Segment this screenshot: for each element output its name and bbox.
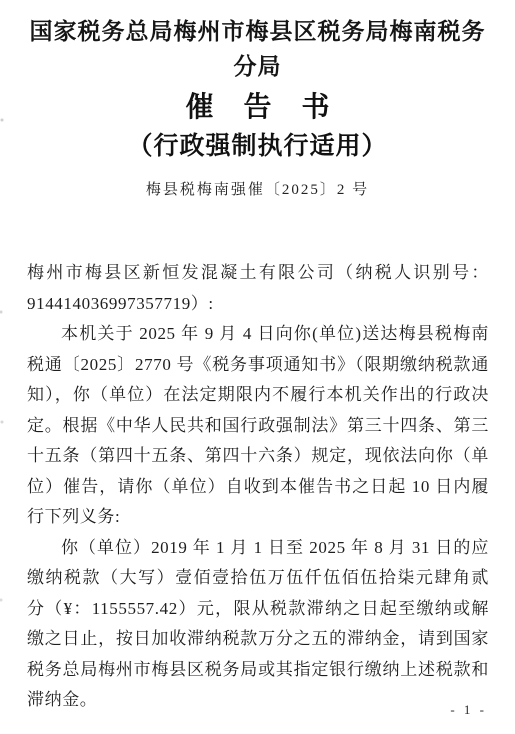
page-number: - 1 - — [450, 702, 487, 718]
document-number: 梅县税梅南强催〔2025〕2 号 — [0, 179, 515, 201]
document-header: 国家税务总局梅州市梅县区税务局梅南税务分局 催告书 （行政强制执行适用） 梅县税… — [0, 0, 515, 201]
issuer-title: 国家税务总局梅州市梅县区税务局梅南税务分局 — [23, 14, 493, 84]
document-title: 催告书 — [0, 91, 515, 125]
document-page: 国家税务总局梅州市梅县区税务局梅南税务分局 催告书 （行政强制执行适用） 梅县税… — [0, 0, 515, 734]
document-body: 梅州市梅县区新恒发混凝土有限公司（纳税人识别号：9144140369973577… — [27, 258, 489, 716]
notice-paragraph: 本机关于 2025 年 9 月 4 日向你(单位)送达梅县税梅南税通〔2025〕… — [27, 319, 489, 533]
recipient-paragraph: 梅州市梅县区新恒发混凝土有限公司（纳税人识别号：9144140369973577… — [27, 258, 489, 319]
obligation-paragraph: 你（单位）2019 年 1 月 1 日至 2025 年 8 月 31 日的应缴纳… — [27, 533, 489, 716]
document-subtitle: （行政强制执行适用） — [0, 130, 515, 164]
